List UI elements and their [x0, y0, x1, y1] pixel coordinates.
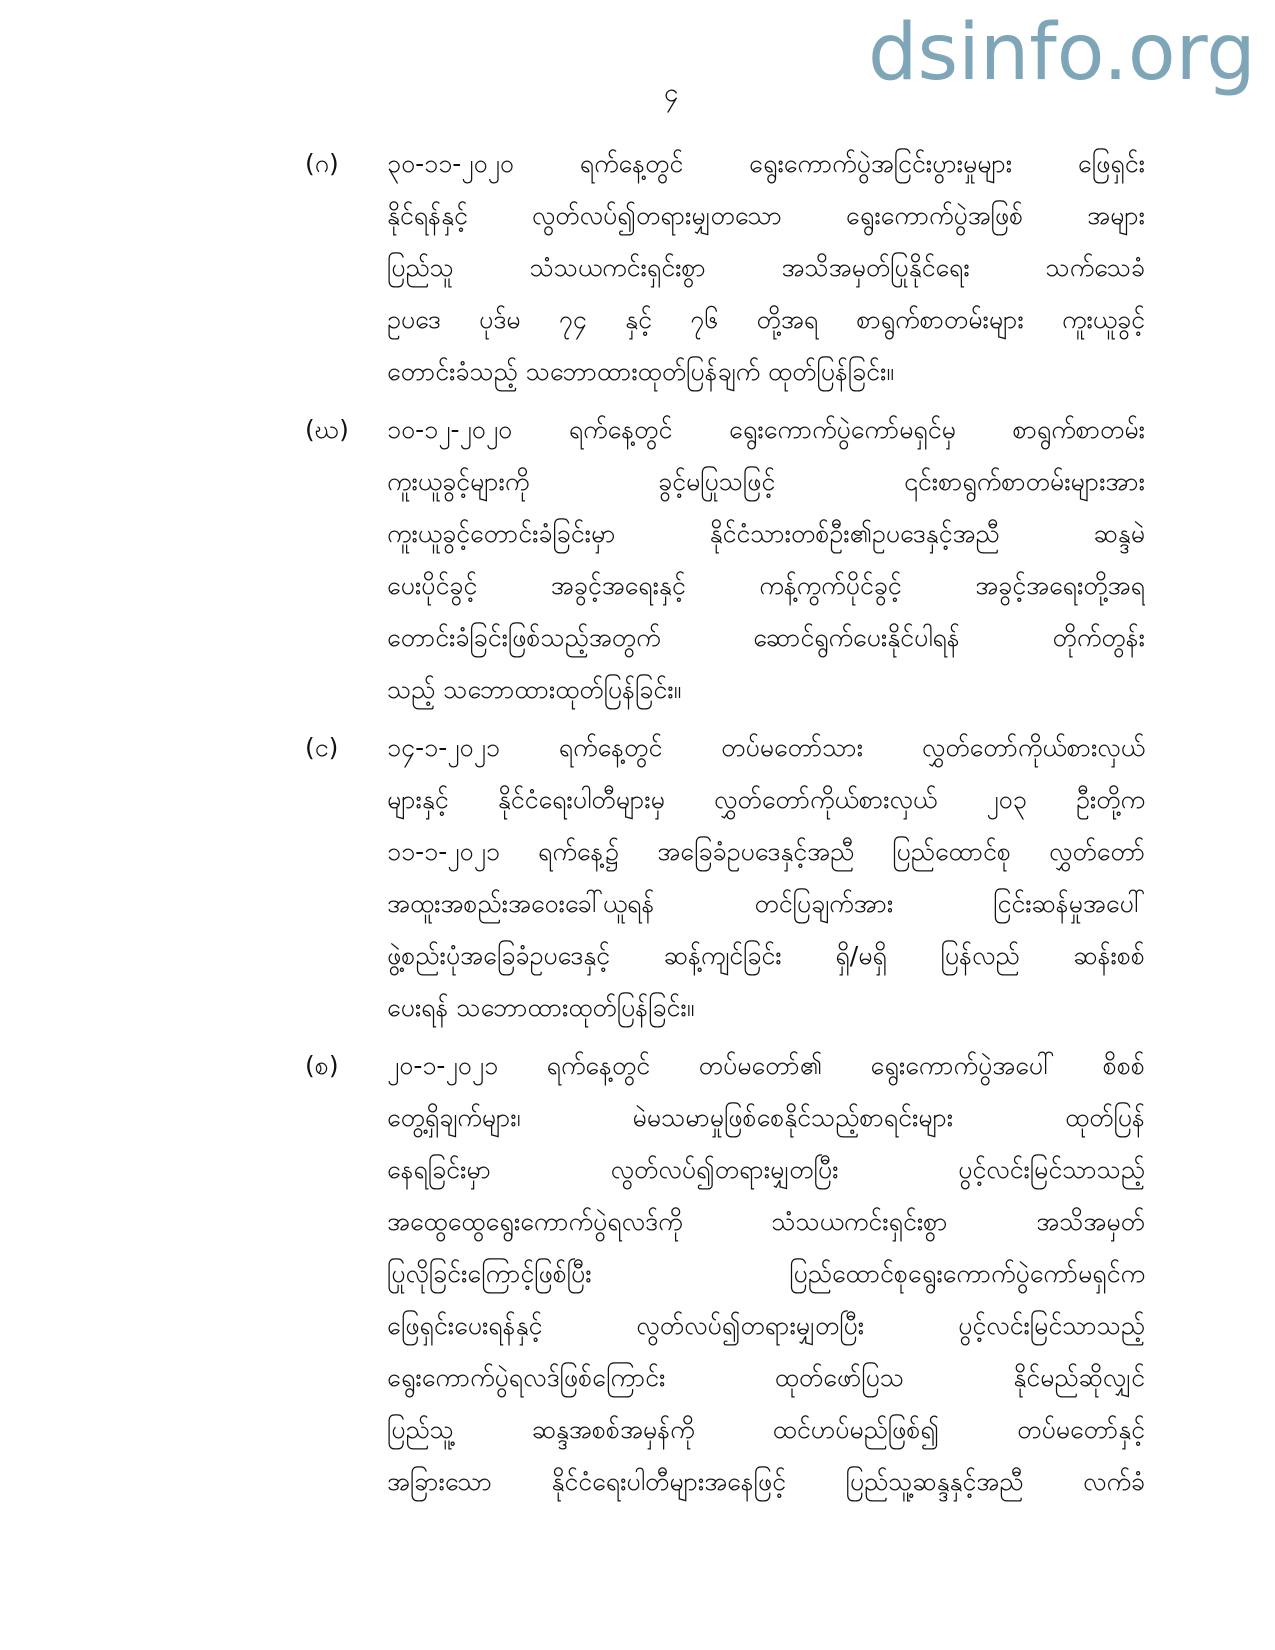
text-line: အထွေထွေရွေးကောက်ပွဲရလဒ်ကို သံသယကင်းရှင်း… — [387, 1196, 1145, 1248]
text-line: ၁၄-၁-၂၀၂၁ ရက်နေ့တွင် တပ်မတော်သား လွှတ်တေ… — [387, 722, 1145, 774]
text-line: ၃၀-၁၁-၂၀၂၀ ရက်နေ့တွင် ရွေးကောက်ပွဲအငြင်း… — [387, 138, 1145, 190]
text-line: ပေးပိုင်ခွင့် အခွင့်အရေးနှင့် ကန့်ကွက်ပိ… — [387, 560, 1145, 612]
watermark: dsinfo.org — [868, 14, 1256, 92]
text-line: ဖွဲ့စည်းပုံအခြေခံဥပဒေနှင့် ဆန့်ကျင်ခြင်း… — [387, 930, 1145, 982]
text-line: နေရခြင်းမှာ လွတ်လပ်၍တရားမျှတပြီး ပွင့်လင… — [387, 1144, 1145, 1196]
text-line: များနှင့် နိုင်ငံရေးပါတီများမှ လွှတ်တော်… — [387, 774, 1145, 826]
list-item: (စ) ၂၀-၁-၂၀၂၁ ရက်နေ့တွင် တပ်မတော်၏ ရွေးက… — [305, 1040, 1145, 1508]
text-line: ပြည်သူ သံသယကင်းရှင်းစွာ အသိအမှတ်ပြုနိုင်… — [387, 242, 1145, 294]
text-line: ပြုလိုခြင်းကြောင့်ဖြစ်ပြီး ပြည်ထောင်စုရွ… — [387, 1248, 1145, 1300]
list-item-label: (င) — [305, 722, 385, 774]
text-line: ကူးယူခွင့်များကို ခွင့်မပြုသဖြင့် ၎င်းစာ… — [387, 456, 1145, 508]
text-line: ၁၀-၁၂-၂၀၂၀ ရက်နေ့တွင် ရွေးကောက်ပွဲကော်မရ… — [387, 404, 1145, 456]
text-line: တောင်းခံခြင်းဖြစ်သည့်အတွက် ဆောင်ရွက်ပေးန… — [387, 612, 1145, 664]
numbered-list: (ဂ) ၃၀-၁၁-၂၀၂၀ ရက်နေ့တွင် ရွေးကောက်ပွဲအင… — [305, 138, 1145, 1508]
text-line: တွေ့ရှိချက်များ၊ မဲမသမာမှုဖြစ်စေနိုင်သည့… — [387, 1092, 1145, 1144]
text-line: တောင်းခံသည့် သဘောထားထုတ်ပြန်ချက် ထုတ်ပြန… — [387, 346, 1145, 398]
text-line: အထူးအစည်းအဝေးခေါ်ယူရန် တင်ပြချက်အား ငြင်… — [387, 878, 1145, 930]
text-line: ၁၁-၁-၂၀၂၁ ရက်နေ့၌ အခြေခံဥပဒေနှင့်အညီ ပြည… — [387, 826, 1145, 878]
list-item: (ဃ) ၁၀-၁၂-၂၀၂၀ ရက်နေ့တွင် ရွေးကောက်ပွဲကေ… — [305, 404, 1145, 716]
list-item: (ဂ) ၃၀-၁၁-၂၀၂၀ ရက်နေ့တွင် ရွေးကောက်ပွဲအင… — [305, 138, 1145, 398]
text-line: နိုင်ရန်နှင့် လွတ်လပ်၍တရားမျှတသော ရွေးကေ… — [387, 190, 1145, 242]
text-line: ပြည်သူ့ ဆန္ဒအစစ်အမှန်ကို ထင်ဟပ်မည်ဖြစ်၍ … — [387, 1404, 1145, 1456]
text-line: ပေးရန် သဘောထားထုတ်ပြန်ခြင်း။ — [387, 982, 1145, 1034]
page-number: ၄ — [664, 80, 679, 106]
list-item: (င) ၁၄-၁-၂၀၂၁ ရက်နေ့တွင် တပ်မတော်သား လွှ… — [305, 722, 1145, 1034]
text-line: အခြားသော နိုင်ငံရေးပါတီများအနေဖြင့် ပြည်… — [387, 1456, 1145, 1508]
text-line: ဖြေရှင်းပေးရန်နှင့် လွတ်လပ်၍တရားမျှတပြီး… — [387, 1300, 1145, 1352]
list-item-label: (ဂ) — [305, 138, 385, 190]
text-line: ရွေးကောက်ပွဲရလဒ်ဖြစ်ကြောင်း ထုတ်ဖော်ပြသ … — [387, 1352, 1145, 1404]
text-line: ၂၀-၁-၂၀၂၁ ရက်နေ့တွင် တပ်မတော်၏ ရွေးကောက်… — [387, 1040, 1145, 1092]
list-item-label: (စ) — [305, 1040, 385, 1092]
text-line: သည့် သဘောထားထုတ်ပြန်ခြင်း။ — [387, 664, 1145, 716]
text-line: ဥပဒေ ပုဒ်မ ၇၄ နှင့် ၇၆ တို့အရ စာရွက်စာတမ… — [387, 294, 1145, 346]
list-item-label: (ဃ) — [305, 404, 385, 456]
text-line: ကူးယူခွင့်တောင်းခံခြင်းမှာ နိုင်ငံသားတစ်… — [387, 508, 1145, 560]
